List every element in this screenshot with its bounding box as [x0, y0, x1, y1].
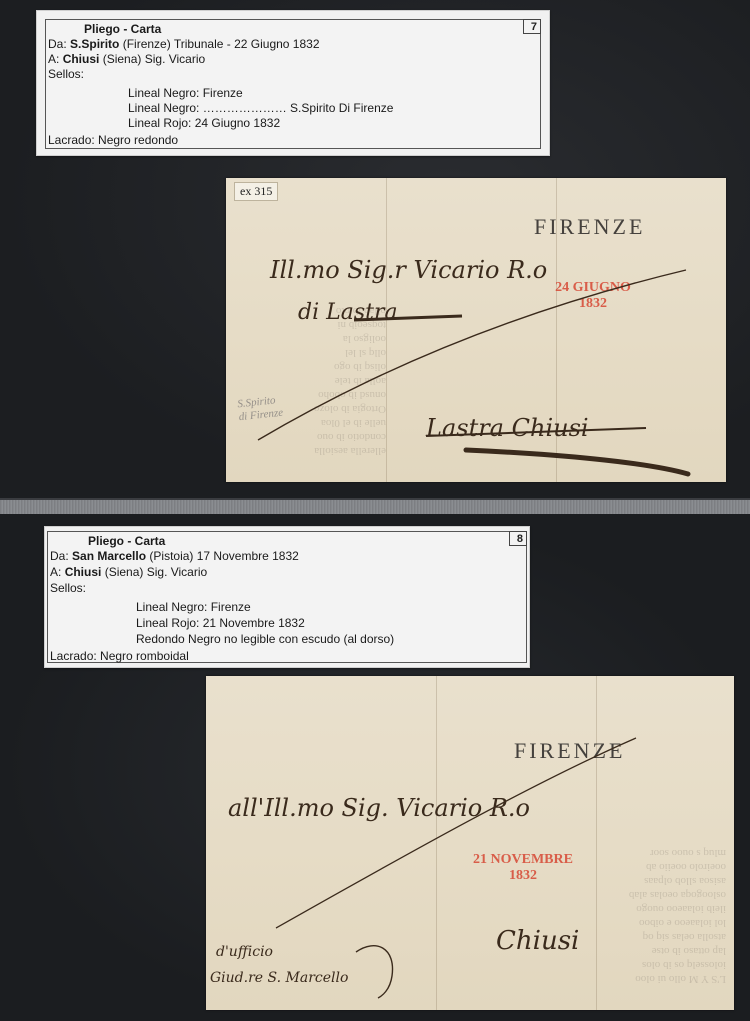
description-card-7: 7 Pliego - Carta Da: S.Spirito (Firenze)… [36, 10, 550, 156]
card-lacrado: Lacrado: Negro romboidal [50, 649, 189, 663]
pen-strokes [206, 676, 734, 1010]
card-sellos-label: Sellos: [50, 581, 86, 595]
card-number: 7 [523, 19, 541, 34]
card-to: A: Chiusi (Siena) Sig. Vicario [48, 52, 205, 66]
description-card-frame: 8 Pliego - Carta Da: San Marcello (Pisto… [47, 531, 527, 663]
card-to: A: Chiusi (Siena) Sig. Vicario [50, 565, 207, 579]
card-sello: Lineal Rojo: 21 Novembre 1832 [136, 616, 305, 630]
cover-letter-7: ellerella aesiolla condotio ib ouo uelle… [226, 178, 726, 482]
card-title: Pliego - Carta [88, 534, 165, 548]
card-lacrado: Lacrado: Negro redondo [48, 133, 178, 147]
card-sello: Lineal Negro: Firenze [128, 86, 243, 100]
description-card-frame: 7 Pliego - Carta Da: S.Spirito (Firenze)… [45, 19, 541, 149]
card-title: Pliego - Carta [84, 22, 161, 36]
pen-strokes [226, 178, 726, 482]
card-sellos-label: Sellos: [48, 67, 84, 81]
card-sello: Lineal Rojo: 24 Giugno 1832 [128, 116, 280, 130]
card-sello: Lineal Negro: Firenze [136, 600, 251, 614]
card-number: 8 [509, 531, 527, 546]
card-sello: Lineal Negro: ………………… S.Spirito Di Firen… [128, 101, 393, 115]
card-from: Da: San Marcello (Pistoia) 17 Novembre 1… [50, 549, 299, 563]
card-sello: Redondo Negro no legible con escudo (al … [136, 632, 394, 646]
card-from: Da: S.Spirito (Firenze) Tribunale - 22 G… [48, 37, 320, 51]
cover-letter-8: L'S Y M ollo ui oloo iolosselq os ib olo… [206, 676, 734, 1010]
description-card-8: 8 Pliego - Carta Da: San Marcello (Pisto… [44, 526, 530, 668]
